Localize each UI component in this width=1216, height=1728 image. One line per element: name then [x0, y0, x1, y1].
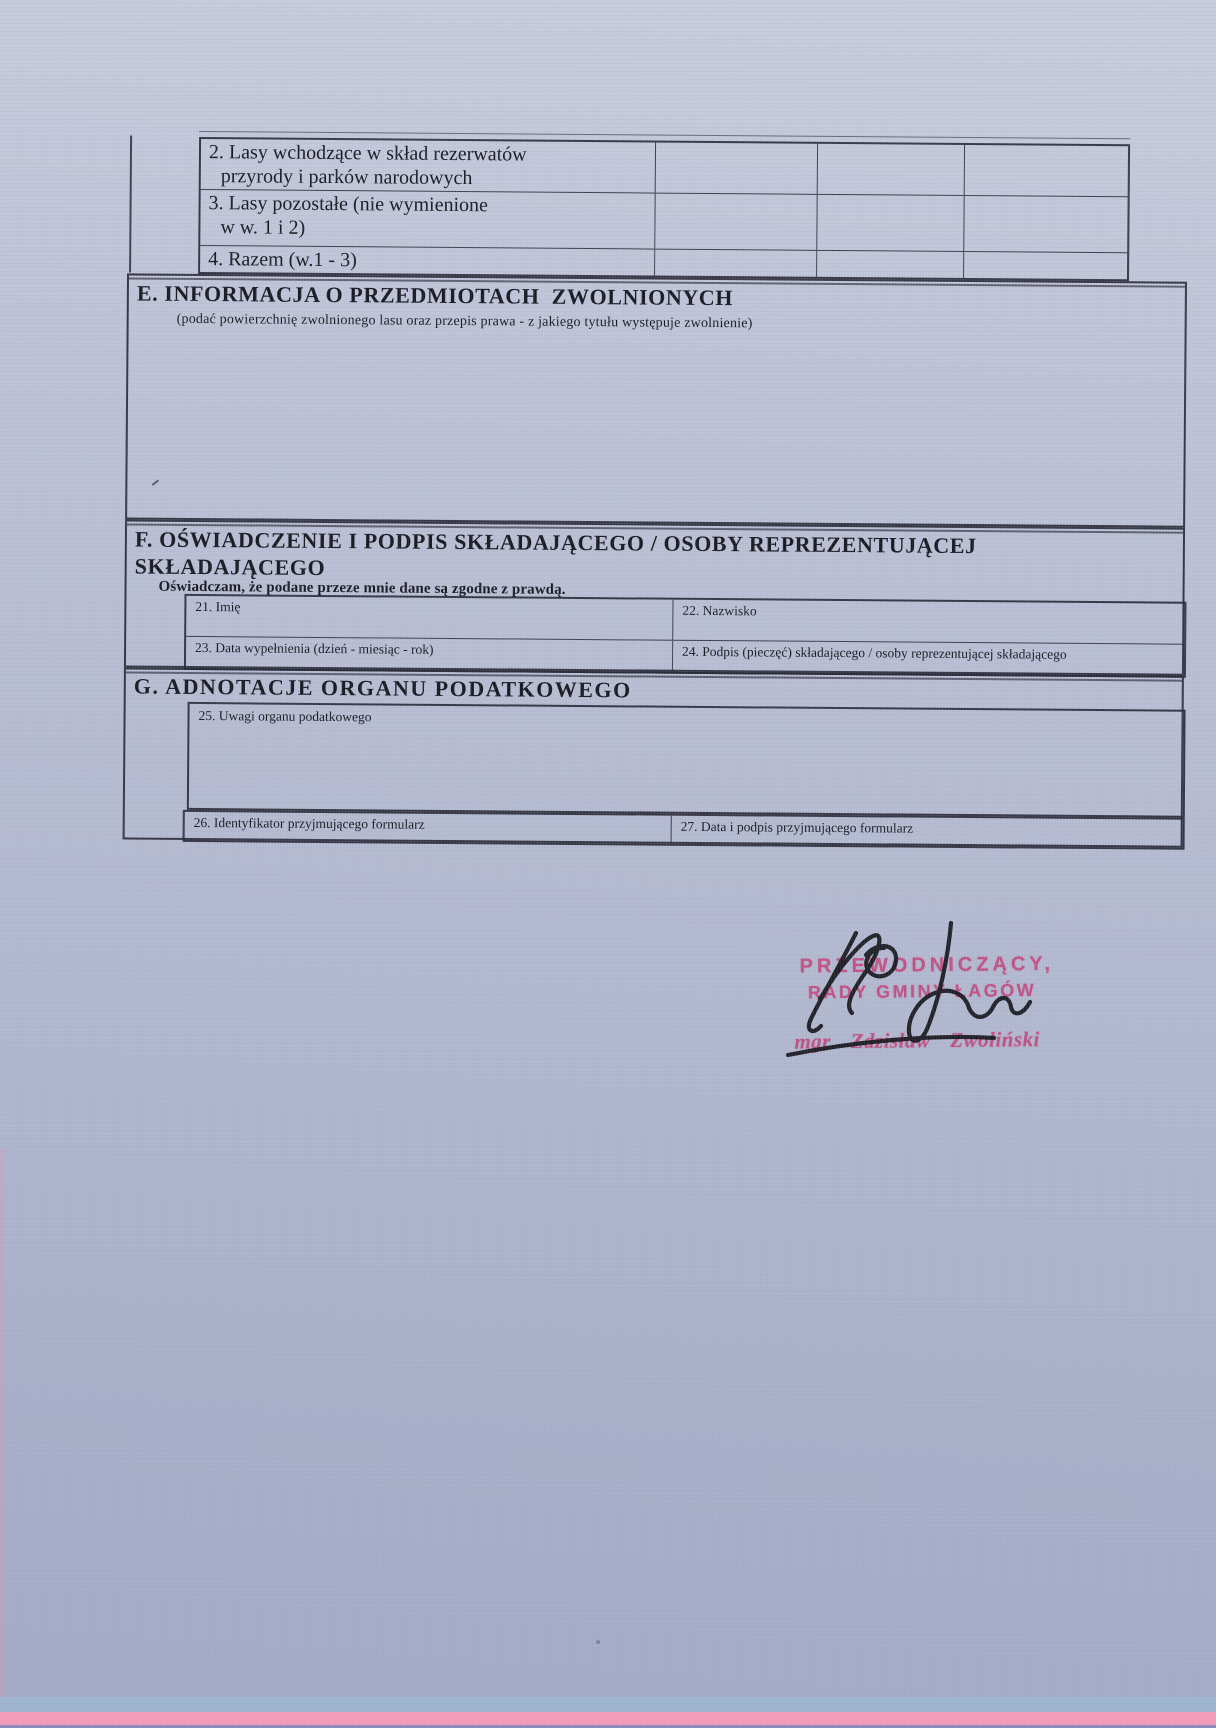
section-g-heading: G. ADNOTACJE ORGANU PODATKOWEGO: [134, 673, 632, 703]
table-cell-empty: [817, 251, 964, 278]
section-f-heading-line2: SKŁADAJĄCEGO: [135, 554, 326, 581]
section-e-heading: E. INFORMACJA O PRZEDMIOTACH ZWOLNIONYCH: [137, 281, 733, 312]
scan-bottom-band-blue: [0, 1697, 1216, 1712]
handwritten-signature-ink: [760, 903, 1070, 1083]
field-22-last-name: 22. Nazwisko: [673, 600, 1184, 645]
row-label-line1: 4. Razem (w.1 - 3): [208, 248, 650, 275]
table-cell-empty: [964, 196, 1127, 253]
field-27-receive-date-signature: 27. Data i podpis przyjmującego formular…: [672, 816, 1183, 848]
left-margin-line: [129, 135, 132, 272]
field-26-receiver-id: 26. Identyfikator przyjmującego formular…: [185, 812, 672, 844]
signature-fields-table: 21. Imię 22. Nazwisko 23. Data wypełnien…: [184, 594, 1187, 678]
section-g-box: G. ADNOTACJE ORGANU PODATKOWEGO 25. Uwag…: [123, 667, 1184, 847]
table-cell-empty: [655, 194, 817, 251]
field-24-signature: 24. Podpis (pieczęć) składającego / osob…: [673, 641, 1184, 676]
table-cell-empty: [817, 195, 964, 252]
table-row-label: 4. Razem (w.1 - 3): [200, 246, 655, 276]
row-label-line2: przyrody i parków narodowych: [209, 165, 651, 192]
section-f-box: F. OŚWIADCZENIE I PODPIS SKŁADAJĄCEGO / …: [124, 519, 1185, 675]
section-e-note: (podać powierzchnię zwolnionego lasu ora…: [177, 312, 753, 333]
scan-bottom-band-pink: [0, 1712, 1216, 1725]
table-cell-empty: [656, 143, 818, 195]
table-cell-empty: [655, 250, 817, 277]
forest-area-table: 2. Lasy wchodzące w skład rezerwatów prz…: [198, 137, 1130, 281]
field-23-fill-date: 23. Data wypełnienia (dzień - miesiąc - …: [186, 637, 673, 672]
scan-speck: [596, 1640, 600, 1644]
table-cell-empty: [965, 145, 1128, 197]
scanned-tax-form-page: 2. Lasy wchodzące w skład rezerwatów prz…: [0, 0, 1216, 1728]
table-cell-empty: [818, 144, 965, 196]
receiving-fields-table: 26. Identyfikator przyjmującego formular…: [183, 810, 1185, 850]
row-label-line2: w w. 1 i 2): [208, 216, 650, 243]
stray-pen-mark: [152, 479, 160, 485]
row-label-line1: 2. Lasy wchodzące w skład rezerwatów: [209, 141, 651, 168]
table-cell-empty: [964, 252, 1127, 279]
field-21-first-name: 21. Imię: [186, 596, 673, 641]
row-label-line1: 3. Lasy pozostałe (nie wymienione: [208, 192, 650, 219]
scan-left-edge: [0, 1150, 3, 1712]
field-25-tax-authority-notes: 25. Uwagi organu podatkowego: [187, 702, 1186, 818]
form-print-layer: 2. Lasy wchodzące w skład rezerwatów prz…: [0, 0, 1216, 1728]
section-e-box: E. INFORMACJA O PRZEDMIOTACH ZWOLNIONYCH…: [125, 273, 1187, 527]
table-row-label: 2. Lasy wchodzące w skład rezerwatów prz…: [201, 139, 656, 194]
table-row-label: 3. Lasy pozostałe (nie wymienione w w. 1…: [200, 190, 655, 250]
